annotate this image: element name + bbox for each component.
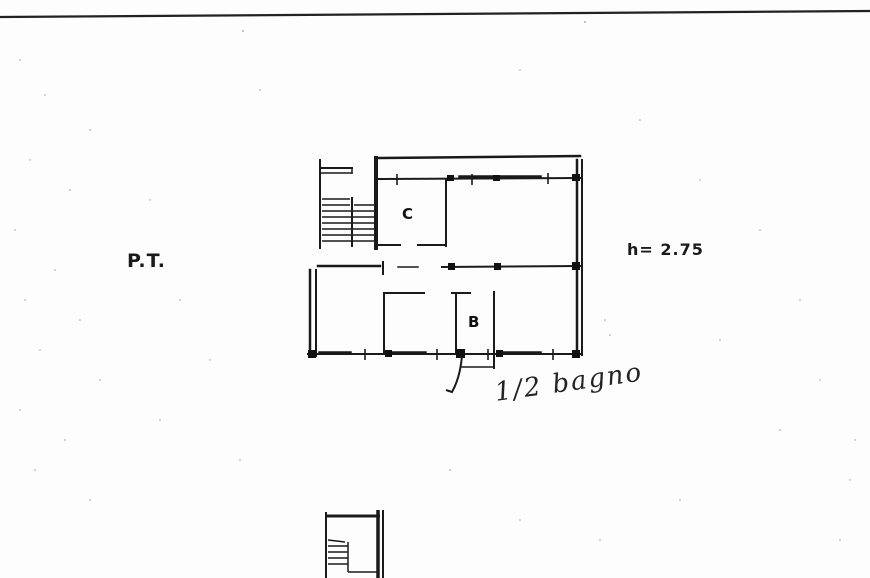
- stair-treads: [322, 199, 374, 241]
- room-label-c: C: [402, 205, 413, 223]
- sheet-border-line: [0, 11, 870, 17]
- lower-stairwell-fragment: [326, 510, 383, 578]
- plan-walls: [308, 156, 582, 368]
- ceiling-height-label: h= 2.75: [627, 240, 704, 259]
- room-label-b: B: [468, 313, 479, 331]
- scan-noise: [14, 21, 855, 541]
- floor-plan-drawing: [0, 0, 870, 578]
- entry-arrow-icon: [446, 356, 462, 392]
- floor-plan-sheet: P.T. h= 2.75 1/2 bagno C B: [0, 0, 870, 578]
- floor-label: P.T.: [127, 250, 166, 272]
